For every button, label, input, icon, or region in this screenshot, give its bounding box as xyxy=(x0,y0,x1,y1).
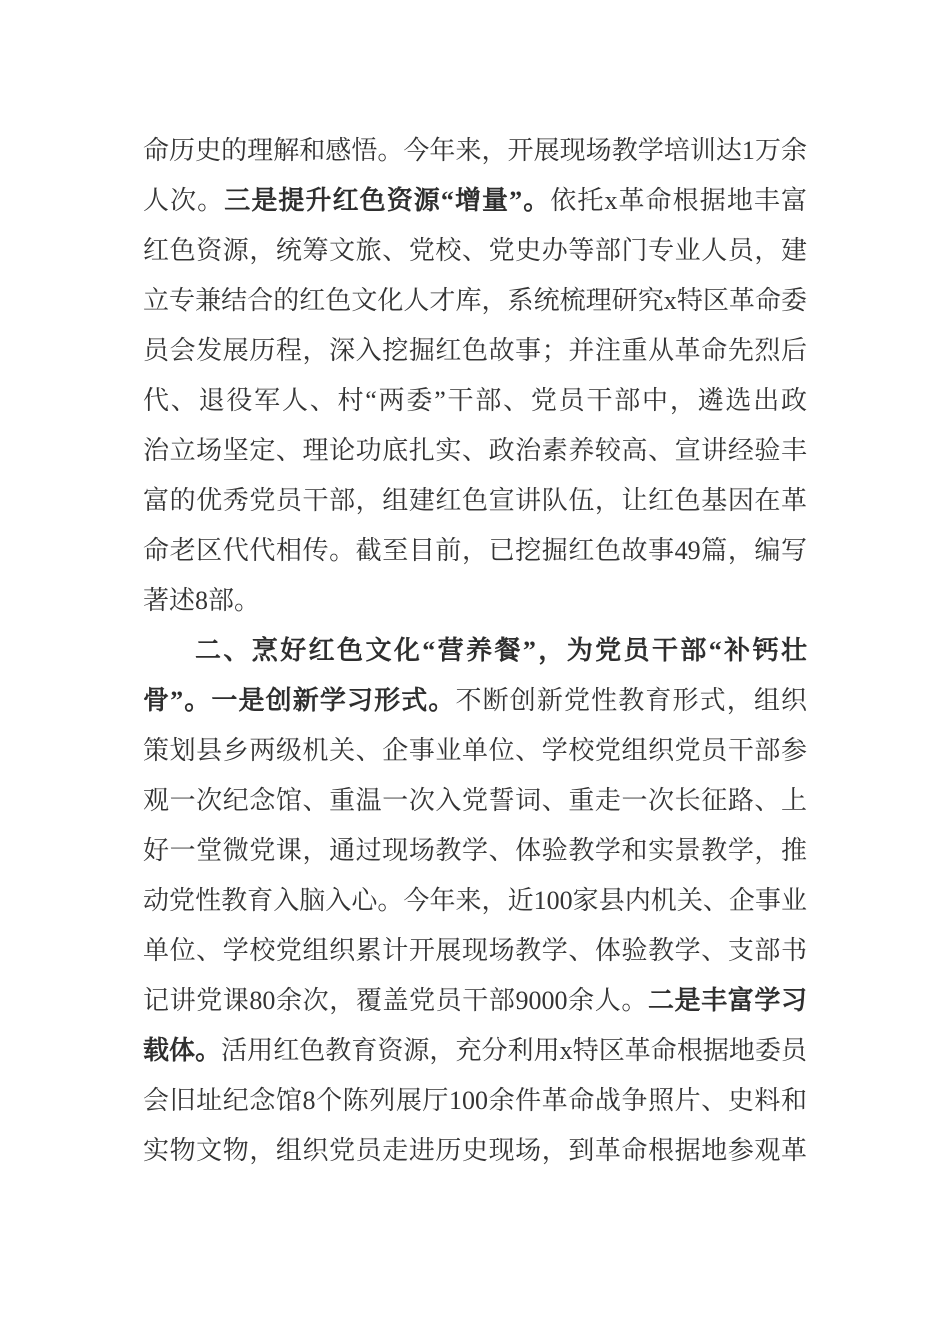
text-run: 红色资源，统筹文旅、党校、党史办等部门专业人员，建 xyxy=(143,236,807,265)
text-run: 动党性教育入脑入心。今年来，近100家县内机关、企事业 xyxy=(143,886,807,915)
text-line: 二、烹好红色文化“营养餐”，为党员干部“补钙壮 xyxy=(143,626,807,676)
text-run: 员会发展历程，深入挖掘红色故事；并注重从革命先烈后 xyxy=(143,336,807,365)
text-run: 命老区代代相传。截至目前，已挖掘红色故事49篇，编写 xyxy=(143,536,807,565)
text-run: 策划县乡两级机关、企事业单位、学校党组织党员干部参 xyxy=(143,736,807,765)
text-run: 命历史的理解和感悟。今年来，开展现场教学培训达1万余 xyxy=(143,136,807,165)
text-line: 命历史的理解和感悟。今年来，开展现场教学培训达1万余 xyxy=(143,126,807,176)
text-run: 依托x革命根据地丰富 xyxy=(550,186,807,215)
bold-text-run: 骨”。一是创新学习形式。 xyxy=(143,686,456,715)
text-line: 记讲党课80余次，覆盖党员干部9000余人。二是丰富学习 xyxy=(143,976,807,1026)
text-run: 不断创新党性教育形式，组织 xyxy=(456,686,808,715)
text-run: 治立场坚定、理论功底扎实、政治素养较高、宣讲经验丰 xyxy=(143,436,807,465)
text-run: 代、退役军人、村“两委”干部、党员干部中，遴选出政 xyxy=(143,386,807,415)
text-run: 富的优秀党员干部，组建红色宣讲队伍，让红色基因在革 xyxy=(143,486,807,515)
text-line: 骨”。一是创新学习形式。不断创新党性教育形式，组织 xyxy=(143,676,807,726)
text-run: 观一次纪念馆、重温一次入党誓词、重走一次长征路、上 xyxy=(143,786,807,815)
text-run: 实物文物，组织党员走进历史现场，到革命根据地参观革 xyxy=(143,1136,807,1165)
text-line: 好一堂微党课，通过现场教学、体验教学和实景教学，推 xyxy=(143,826,807,876)
text-run: 立专兼结合的红色文化人才库，系统梳理研究x特区革命委 xyxy=(143,286,807,315)
document-page: 命历史的理解和感悟。今年来，开展现场教学培训达1万余人次。三是提升红色资源“增量… xyxy=(0,0,950,1344)
text-line: 策划县乡两级机关、企事业单位、学校党组织党员干部参 xyxy=(143,726,807,776)
text-line: 红色资源，统筹文旅、党校、党史办等部门专业人员，建 xyxy=(143,226,807,276)
text-run: 人次。 xyxy=(143,186,224,215)
text-line: 人次。三是提升红色资源“增量”。依托x革命根据地丰富 xyxy=(143,176,807,226)
bold-text-run: 三是提升红色资源“增量”。 xyxy=(224,186,550,215)
text-line: 单位、学校党组织累计开展现场教学、体验教学、支部书 xyxy=(143,926,807,976)
text-line: 命老区代代相传。截至目前，已挖掘红色故事49篇，编写 xyxy=(143,526,807,576)
text-line: 载体。活用红色教育资源，充分利用x特区革命根据地委员 xyxy=(143,1026,807,1076)
text-line: 实物文物，组织党员走进历史现场，到革命根据地参观革 xyxy=(143,1126,807,1176)
text-run: 著述8部。 xyxy=(143,586,260,615)
text-line: 代、退役军人、村“两委”干部、党员干部中，遴选出政 xyxy=(143,376,807,426)
text-run: 记讲党课80余次，覆盖党员干部9000余人。 xyxy=(143,986,648,1015)
text-line: 治立场坚定、理论功底扎实、政治素养较高、宣讲经验丰 xyxy=(143,426,807,476)
text-line: 富的优秀党员干部，组建红色宣讲队伍，让红色基因在革 xyxy=(143,476,807,526)
bold-text-run: 载体。 xyxy=(143,1036,221,1065)
text-line: 著述8部。 xyxy=(143,576,807,626)
text-run: 会旧址纪念馆8个陈列展厅100余件革命战争照片、史料和 xyxy=(143,1086,807,1115)
bold-text-run: 二是丰富学习 xyxy=(648,986,807,1015)
text-run: 单位、学校党组织累计开展现场教学、体验教学、支部书 xyxy=(143,936,807,965)
text-line: 会旧址纪念馆8个陈列展厅100余件革命战争照片、史料和 xyxy=(143,1076,807,1126)
text-run: 好一堂微党课，通过现场教学、体验教学和实景教学，推 xyxy=(143,836,807,865)
text-run: 活用红色教育资源，充分利用x特区革命根据地委员 xyxy=(221,1036,807,1065)
text-line: 观一次纪念馆、重温一次入党誓词、重走一次长征路、上 xyxy=(143,776,807,826)
text-line: 员会发展历程，深入挖掘红色故事；并注重从革命先烈后 xyxy=(143,326,807,376)
text-line: 动党性教育入脑入心。今年来，近100家县内机关、企事业 xyxy=(143,876,807,926)
bold-text-run: 二、烹好红色文化“营养餐”，为党员干部“补钙壮 xyxy=(195,636,807,665)
text-line: 立专兼结合的红色文化人才库，系统梳理研究x特区革命委 xyxy=(143,276,807,326)
document-body: 命历史的理解和感悟。今年来，开展现场教学培训达1万余人次。三是提升红色资源“增量… xyxy=(143,126,807,1176)
